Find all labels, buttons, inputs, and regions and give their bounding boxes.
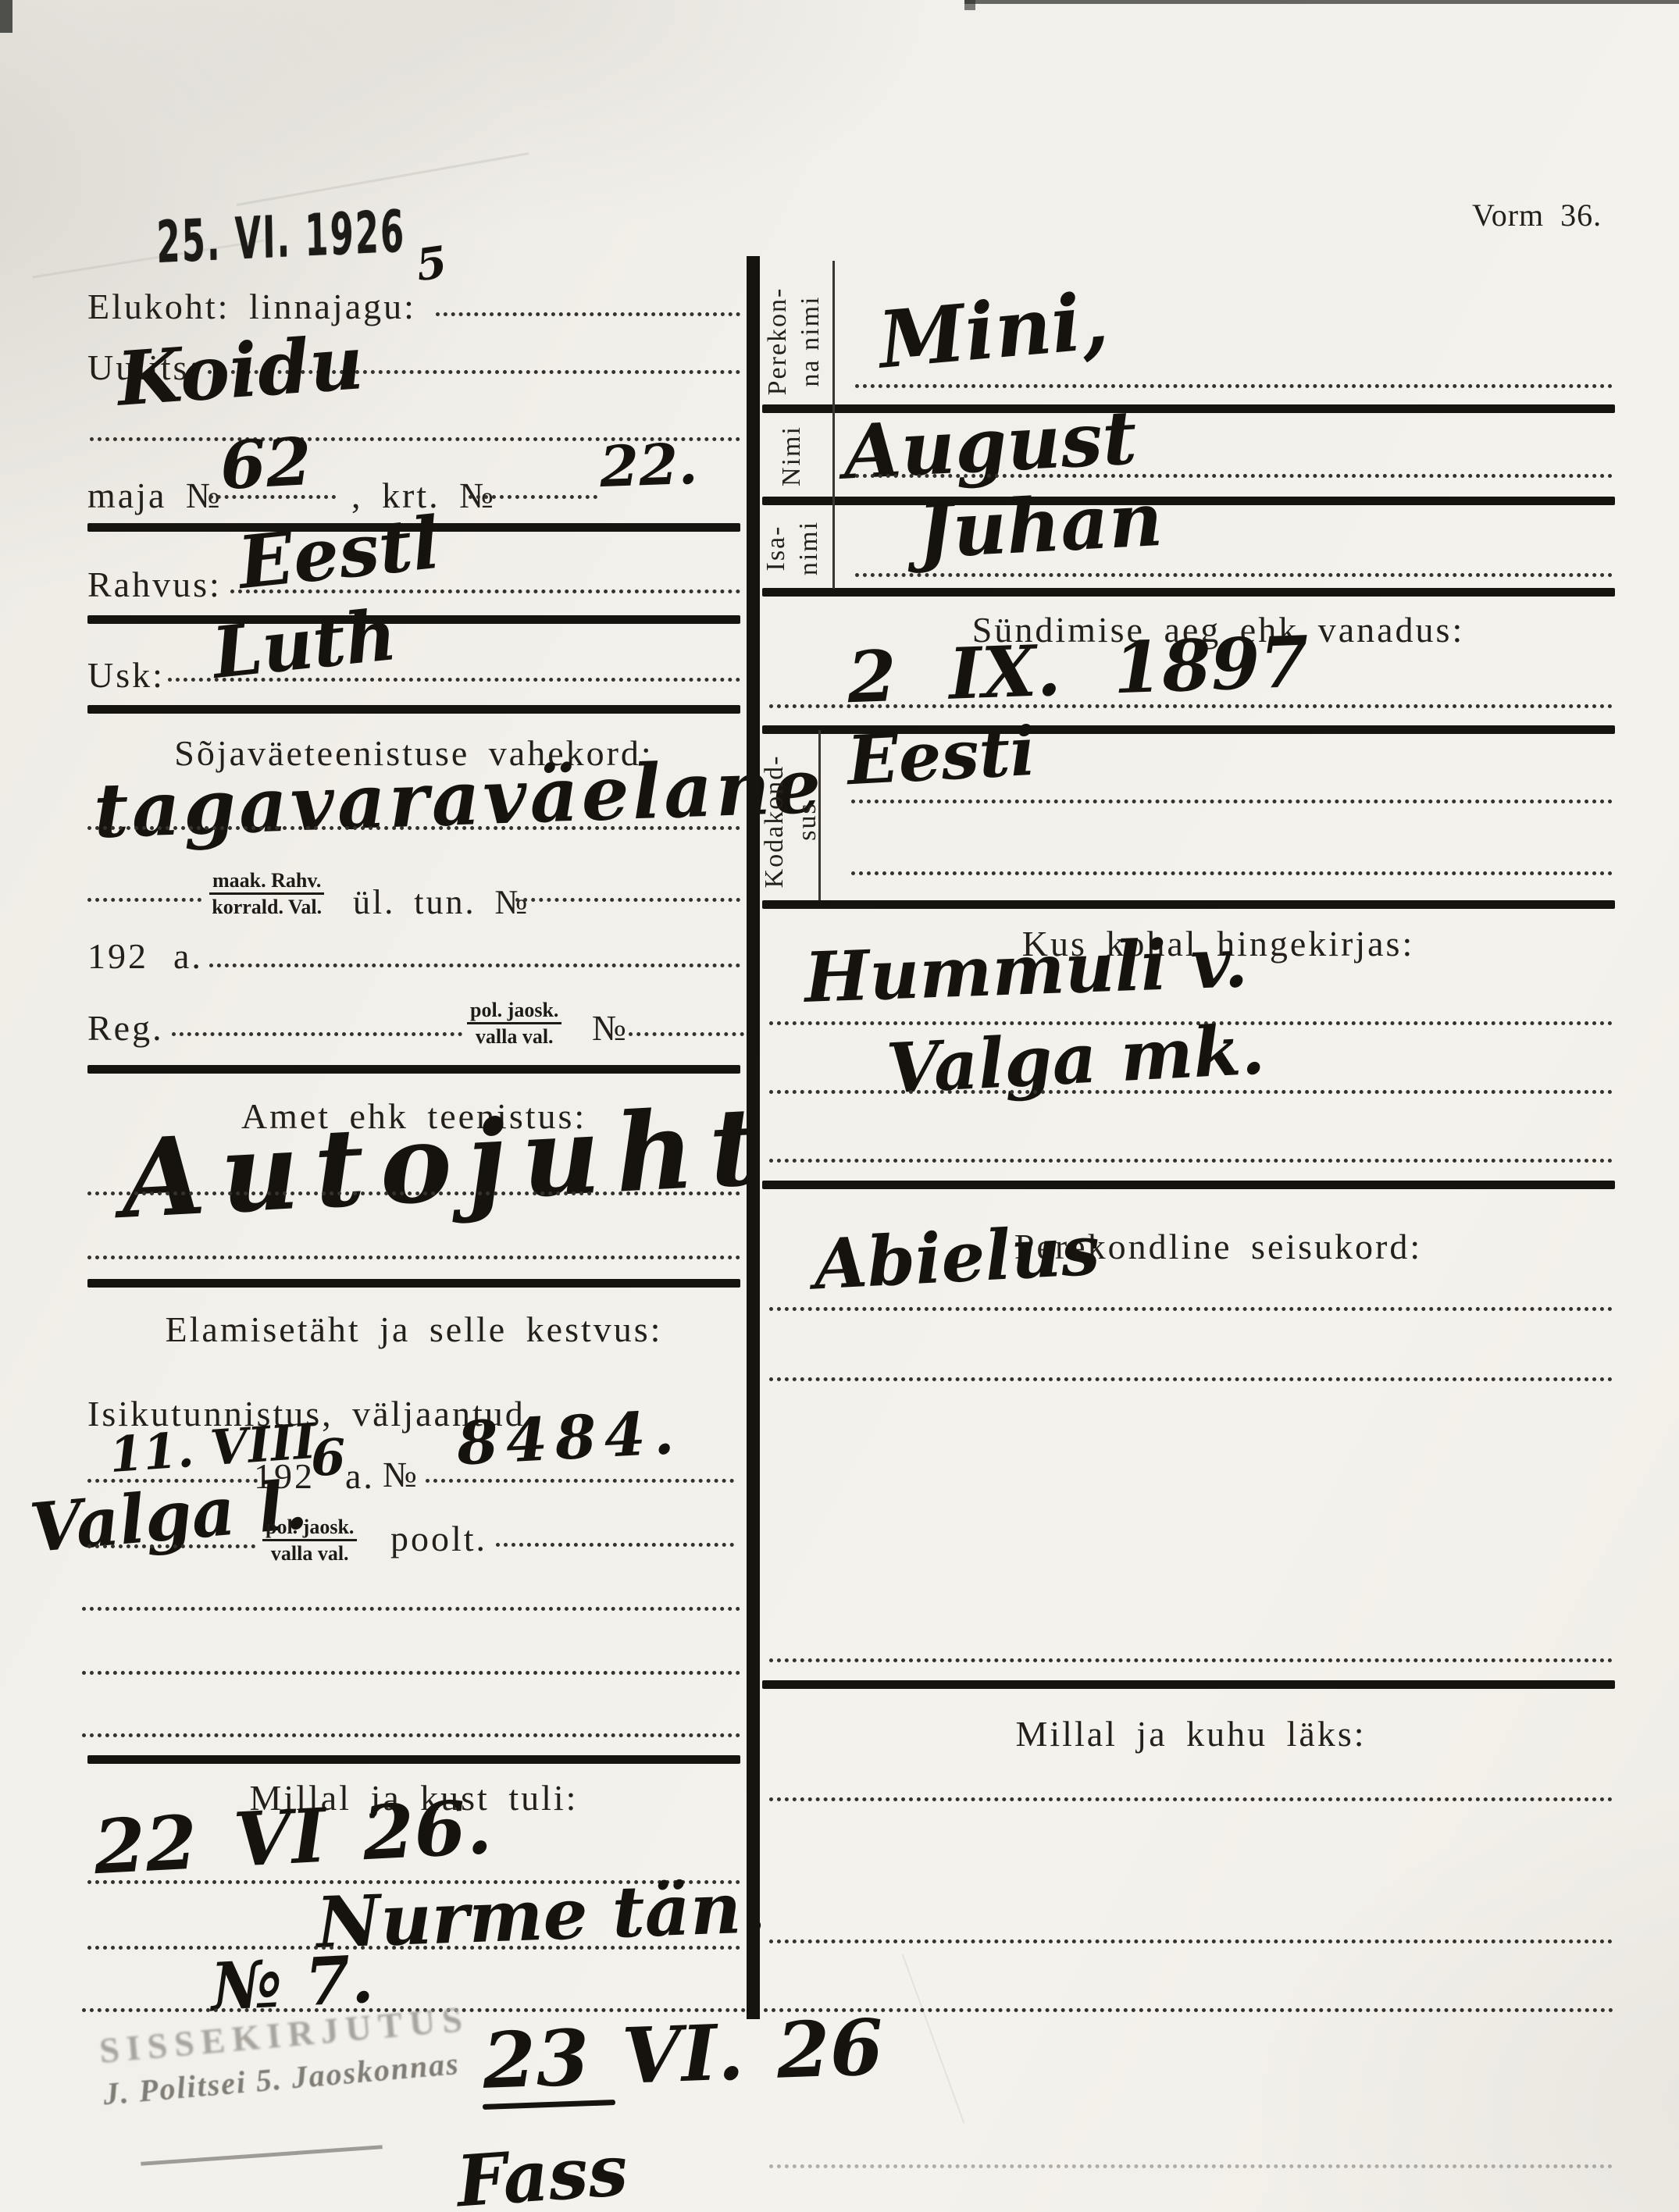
nationality-label: Rahvus: — [87, 565, 222, 605]
fraction-pol-jaosk-2: pol. jaosk. valla val. — [262, 1515, 357, 1565]
section-rule — [762, 1680, 1615, 1689]
fraction-bottom-label: valla val. — [262, 1541, 357, 1565]
street-value: Koidu — [115, 326, 365, 417]
dotted-line — [209, 964, 740, 967]
scan-top-edge-nub — [964, 0, 975, 10]
house-number-label: maja № — [87, 476, 223, 516]
departure-header: Millal ja kuhu läks: — [769, 1715, 1613, 1754]
district-number-value: 5 — [413, 240, 449, 288]
dotted-line — [764, 2008, 1613, 2012]
fraction-maak-rahv: maak. Rahv. korrald. Val. — [209, 868, 324, 919]
dotted-line — [769, 1377, 1613, 1381]
dotted-line — [469, 495, 597, 499]
marital-status-value: Abielus — [812, 1215, 1101, 1298]
id-number-value: 8484. — [455, 1403, 683, 1474]
citizenship-label-line1: Kodakond- — [760, 755, 789, 889]
registered-residence-value-line1: Hummuli v. — [804, 928, 1249, 1012]
family-name-label: Perekon- na nimi — [761, 267, 827, 415]
id-year-suffix-label: a. — [345, 1457, 375, 1497]
issued-by-suffix-label: poolt. — [390, 1519, 487, 1559]
religion-label: Usk: — [87, 656, 165, 696]
family-name-label-line2: na nimi — [796, 296, 825, 387]
fraction-top-label: pol. jaosk. — [467, 998, 561, 1024]
id-number-sign: № — [383, 1455, 419, 1495]
section-rule — [87, 705, 740, 714]
apartment-number-value: 22. — [599, 436, 699, 495]
dotted-line — [496, 1543, 734, 1547]
dotted-line — [769, 1940, 1613, 1943]
section-rule — [87, 1279, 740, 1288]
column-divider — [747, 256, 760, 2019]
residence-permit-header: Elamisetäht ja selle kestvus: — [87, 1310, 740, 1350]
dotted-line — [87, 898, 201, 902]
dotted-line — [172, 1032, 462, 1036]
residence-label: Elukoht: linnajagu: — [87, 287, 416, 327]
dotted-line — [82, 1607, 740, 1611]
first-name-label: Nimi — [775, 401, 810, 511]
dotted-line — [769, 1307, 1613, 1311]
dotted-line — [855, 573, 1613, 577]
dotted-line — [629, 1032, 752, 1036]
dotted-line — [436, 312, 740, 316]
section-rule — [762, 588, 1615, 597]
nationality-value: Eestl — [235, 507, 443, 599]
scan-top-edge-mark — [964, 0, 1679, 4]
fraction-top-label: pol. jaosk. — [262, 1515, 357, 1541]
dotted-line — [769, 1090, 1613, 1094]
dotted-line — [769, 704, 1613, 708]
military-service-value: tagavaraväelane — [93, 749, 825, 850]
fraction-pol-jaosk: pol. jaosk. valla val. — [467, 998, 561, 1049]
dotted-line — [769, 1658, 1613, 1662]
section-rule — [762, 1181, 1615, 1189]
dotted-line — [82, 1733, 740, 1737]
section-rule — [762, 497, 1615, 505]
section-rule — [87, 615, 740, 624]
family-name-value: Mini, — [875, 281, 1111, 379]
house-number-value: 62 — [219, 429, 313, 499]
dotted-line — [426, 1479, 734, 1483]
dotted-line — [87, 1256, 740, 1259]
dotted-line — [769, 1159, 1613, 1163]
section-rule — [87, 1755, 740, 1764]
dotted-line — [855, 474, 1613, 478]
section-rule — [762, 900, 1615, 909]
dotted-line — [87, 1544, 255, 1548]
year-prefix-label: 192 — [87, 937, 148, 977]
scan-corner-mark — [0, 0, 12, 33]
dotted-line — [87, 826, 740, 830]
police-stamp-underline — [141, 2145, 383, 2166]
occupation-value: Autojuht — [119, 1092, 778, 1234]
date-received-stamp: 25. VI. 1926 — [156, 198, 406, 276]
police-stamp: SISSEKIRJUTUS J. Politsei 5. Jaoskonnas — [98, 1998, 474, 2113]
reg-number-sign: № — [592, 1009, 629, 1049]
form-number: Vorm 36. — [1472, 198, 1602, 233]
first-name-label-text: Nimi — [777, 426, 806, 486]
registration-card: 25. VI. 1926 5 Vorm 36. Elukoht: linnaja… — [0, 0, 1679, 2212]
birth-date-value: 2 IX. 1897 — [847, 627, 1310, 714]
dotted-line — [82, 1671, 740, 1675]
dotted-line — [87, 1946, 740, 1950]
family-name-label-line1: Perekon- — [763, 287, 792, 396]
dotted-line — [769, 1797, 1613, 1801]
dotted-line — [87, 1191, 740, 1195]
dotted-line — [209, 495, 336, 499]
dotted-line — [515, 898, 740, 902]
father-name-label-line1: Isa- — [761, 525, 790, 572]
dotted-line — [851, 871, 1613, 875]
citizenship-label: Kodakond- sus — [758, 728, 824, 915]
citizenship-label-line2: sus — [793, 802, 822, 840]
paper-crease — [237, 152, 529, 206]
father-name-label: Isa- nimi — [760, 497, 825, 599]
section-rule — [87, 1065, 740, 1074]
fraction-bottom-label: valla val. — [467, 1024, 561, 1049]
citizenship-value: Eesti — [846, 718, 1037, 795]
year-suffix-label: a. — [173, 937, 203, 977]
fraction-top-label: maak. Rahv. — [209, 868, 324, 895]
note-date-value: 23 VI. 26 — [481, 2010, 884, 2100]
id-year-digit-value: 6 — [310, 1433, 347, 1484]
fraction-bottom-label: korrald. Val. — [209, 895, 324, 919]
father-name-label-line2: nimi — [794, 521, 823, 575]
note-name-value: Fass — [455, 2135, 629, 2212]
dotted-line — [851, 800, 1613, 803]
dotted-line — [855, 384, 1613, 388]
label-separator-line — [832, 261, 835, 589]
certificate-number-label: ül. tun. № — [353, 884, 529, 921]
paper-crease — [902, 1954, 965, 2124]
religion-value: Luth — [209, 600, 400, 689]
reg-label: Reg. — [87, 1009, 164, 1049]
dotted-line — [769, 2164, 1613, 2168]
arrival-date-value: 22 VI 26. — [92, 1790, 494, 1886]
father-name-value: Juhan — [916, 483, 1164, 569]
